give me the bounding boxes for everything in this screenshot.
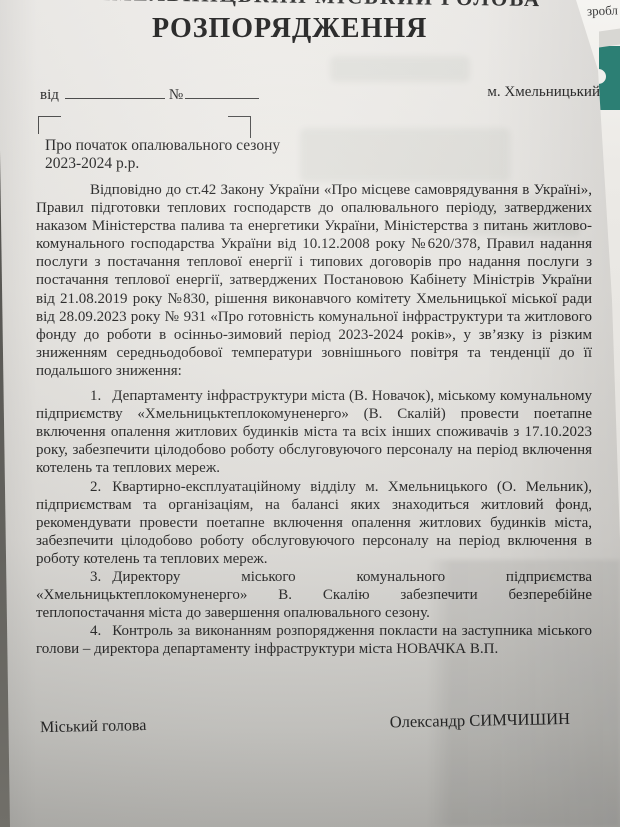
item-number: 4. bbox=[90, 623, 101, 639]
number-blank-line bbox=[185, 84, 259, 99]
order-item: 1.Департаменту інфраструктури міста (В. … bbox=[36, 387, 592, 477]
item-number: 3. bbox=[90, 569, 101, 585]
date-label: від bbox=[40, 87, 59, 104]
document-title: РОЗПОРЯДЖЕННЯ bbox=[152, 13, 427, 45]
item-number: 1. bbox=[90, 388, 101, 404]
subject-line-1: Про початок опалювального сезону bbox=[45, 137, 280, 155]
paper-bleedthrough bbox=[300, 128, 510, 182]
signer-name: Олександр СИМЧИШИН bbox=[390, 709, 571, 732]
order-item: 2.Квартирно-експлуатаційному відділу м. … bbox=[36, 478, 592, 568]
document-page: ХМЕЛЬНИЦЬКИЙ МІСЬКИЙ ГОЛОВА РОЗПОРЯДЖЕНН… bbox=[0, 0, 620, 827]
signer-position: Міський голова bbox=[40, 717, 147, 737]
order-item: 3.Директору міського комунального підпри… bbox=[36, 568, 592, 622]
subject-line-2: 2023-2024 р.р. bbox=[45, 155, 280, 173]
reference-line: від№ м. Хмельницький bbox=[40, 84, 600, 104]
background-sheet-text-fragment: зробл bbox=[587, 2, 618, 19]
teal-folder-shade bbox=[599, 29, 620, 48]
preamble-paragraph: Відповідно до ст.42 Закону України «Про … bbox=[36, 181, 592, 380]
document-body: Відповідно до ст.42 Закону України «Про … bbox=[36, 181, 592, 658]
subject-block: Про початок опалювального сезону 2023-20… bbox=[45, 137, 280, 173]
date-blank-line bbox=[65, 84, 165, 99]
number-label: № bbox=[169, 87, 183, 104]
corner-mark-left bbox=[38, 116, 61, 134]
order-item: 4.Контроль за виконанням розпорядження п… bbox=[36, 622, 592, 658]
corner-mark-right bbox=[228, 116, 251, 138]
teal-folder-edge bbox=[599, 46, 620, 110]
item-text: Департаменту інфраструктури міста (В. Но… bbox=[36, 388, 592, 476]
paper-bleedthrough bbox=[330, 56, 470, 82]
item-text: Квартирно-експлуатаційному відділу м. Хм… bbox=[36, 479, 592, 567]
item-number: 2. bbox=[90, 479, 101, 495]
item-text: Контроль за виконанням розпорядження пок… bbox=[36, 623, 592, 657]
city-name: м. Хмельницький bbox=[478, 84, 600, 101]
signature-block: Міський голова Олександр СИМЧИШИН bbox=[40, 709, 570, 739]
letterhead-clipped: ХМЕЛЬНИЦЬКИЙ МІСЬКИЙ ГОЛОВА bbox=[18, 0, 618, 11]
item-text: Директору міського комунального підприєм… bbox=[36, 569, 592, 621]
